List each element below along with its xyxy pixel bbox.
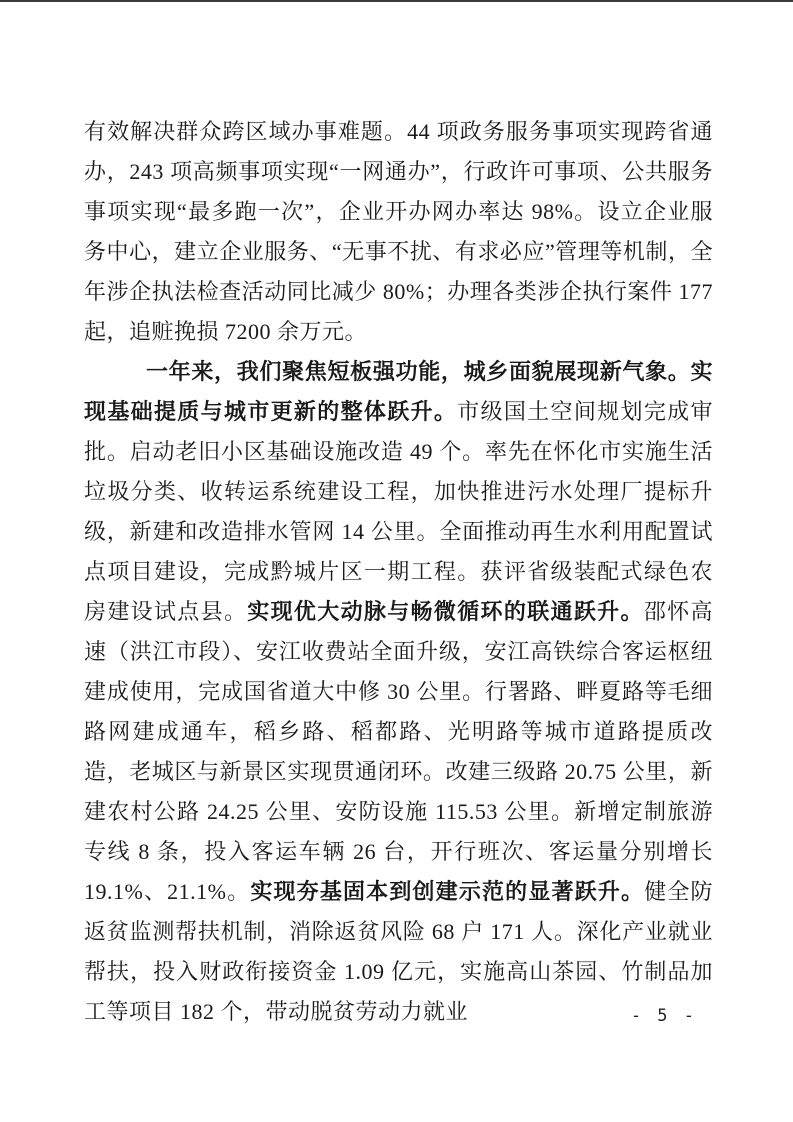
- paragraph: 有效解决群众跨区域办事难题。44 项政务服务事项实现跨省通办，243 项高频事项…: [84, 112, 713, 352]
- text-run: 市级国土空间规划完成审批。启动老旧小区基础设施改造 49 个。率先在怀化市实施生…: [84, 399, 713, 624]
- document-page: 有效解决群众跨区域办事难题。44 项政务服务事项实现跨省通办，243 项高频事项…: [0, 0, 793, 1122]
- text-run: 有效解决群众跨区域办事难题。44 项政务服务事项实现跨省通办，243 项高频事项…: [84, 119, 713, 344]
- text-run: 实现优大动脉与畅微循环的联通跃升。: [247, 599, 644, 624]
- text-run: 一年来，我们聚焦短板强功能，城乡面貌展现新气象。: [146, 359, 690, 384]
- paragraph: 一年来，我们聚焦短板强功能，城乡面貌展现新气象。实现基础提质与城市更新的整体跃升…: [84, 352, 713, 1032]
- text-run: 邵怀高速（洪江市段）、安江收费站全面升级，安江高铁综合客运枢纽建成使用，完成国省…: [84, 599, 713, 904]
- text-run: 实现夯基固本到创建示范的显著跃升。: [250, 879, 644, 904]
- document-body: 有效解决群众跨区域办事难题。44 项政务服务事项实现跨省通办，243 项高频事项…: [84, 112, 713, 1032]
- page-number: - 5 -: [631, 1006, 697, 1026]
- scan-edge-artifact: [0, 0, 793, 2]
